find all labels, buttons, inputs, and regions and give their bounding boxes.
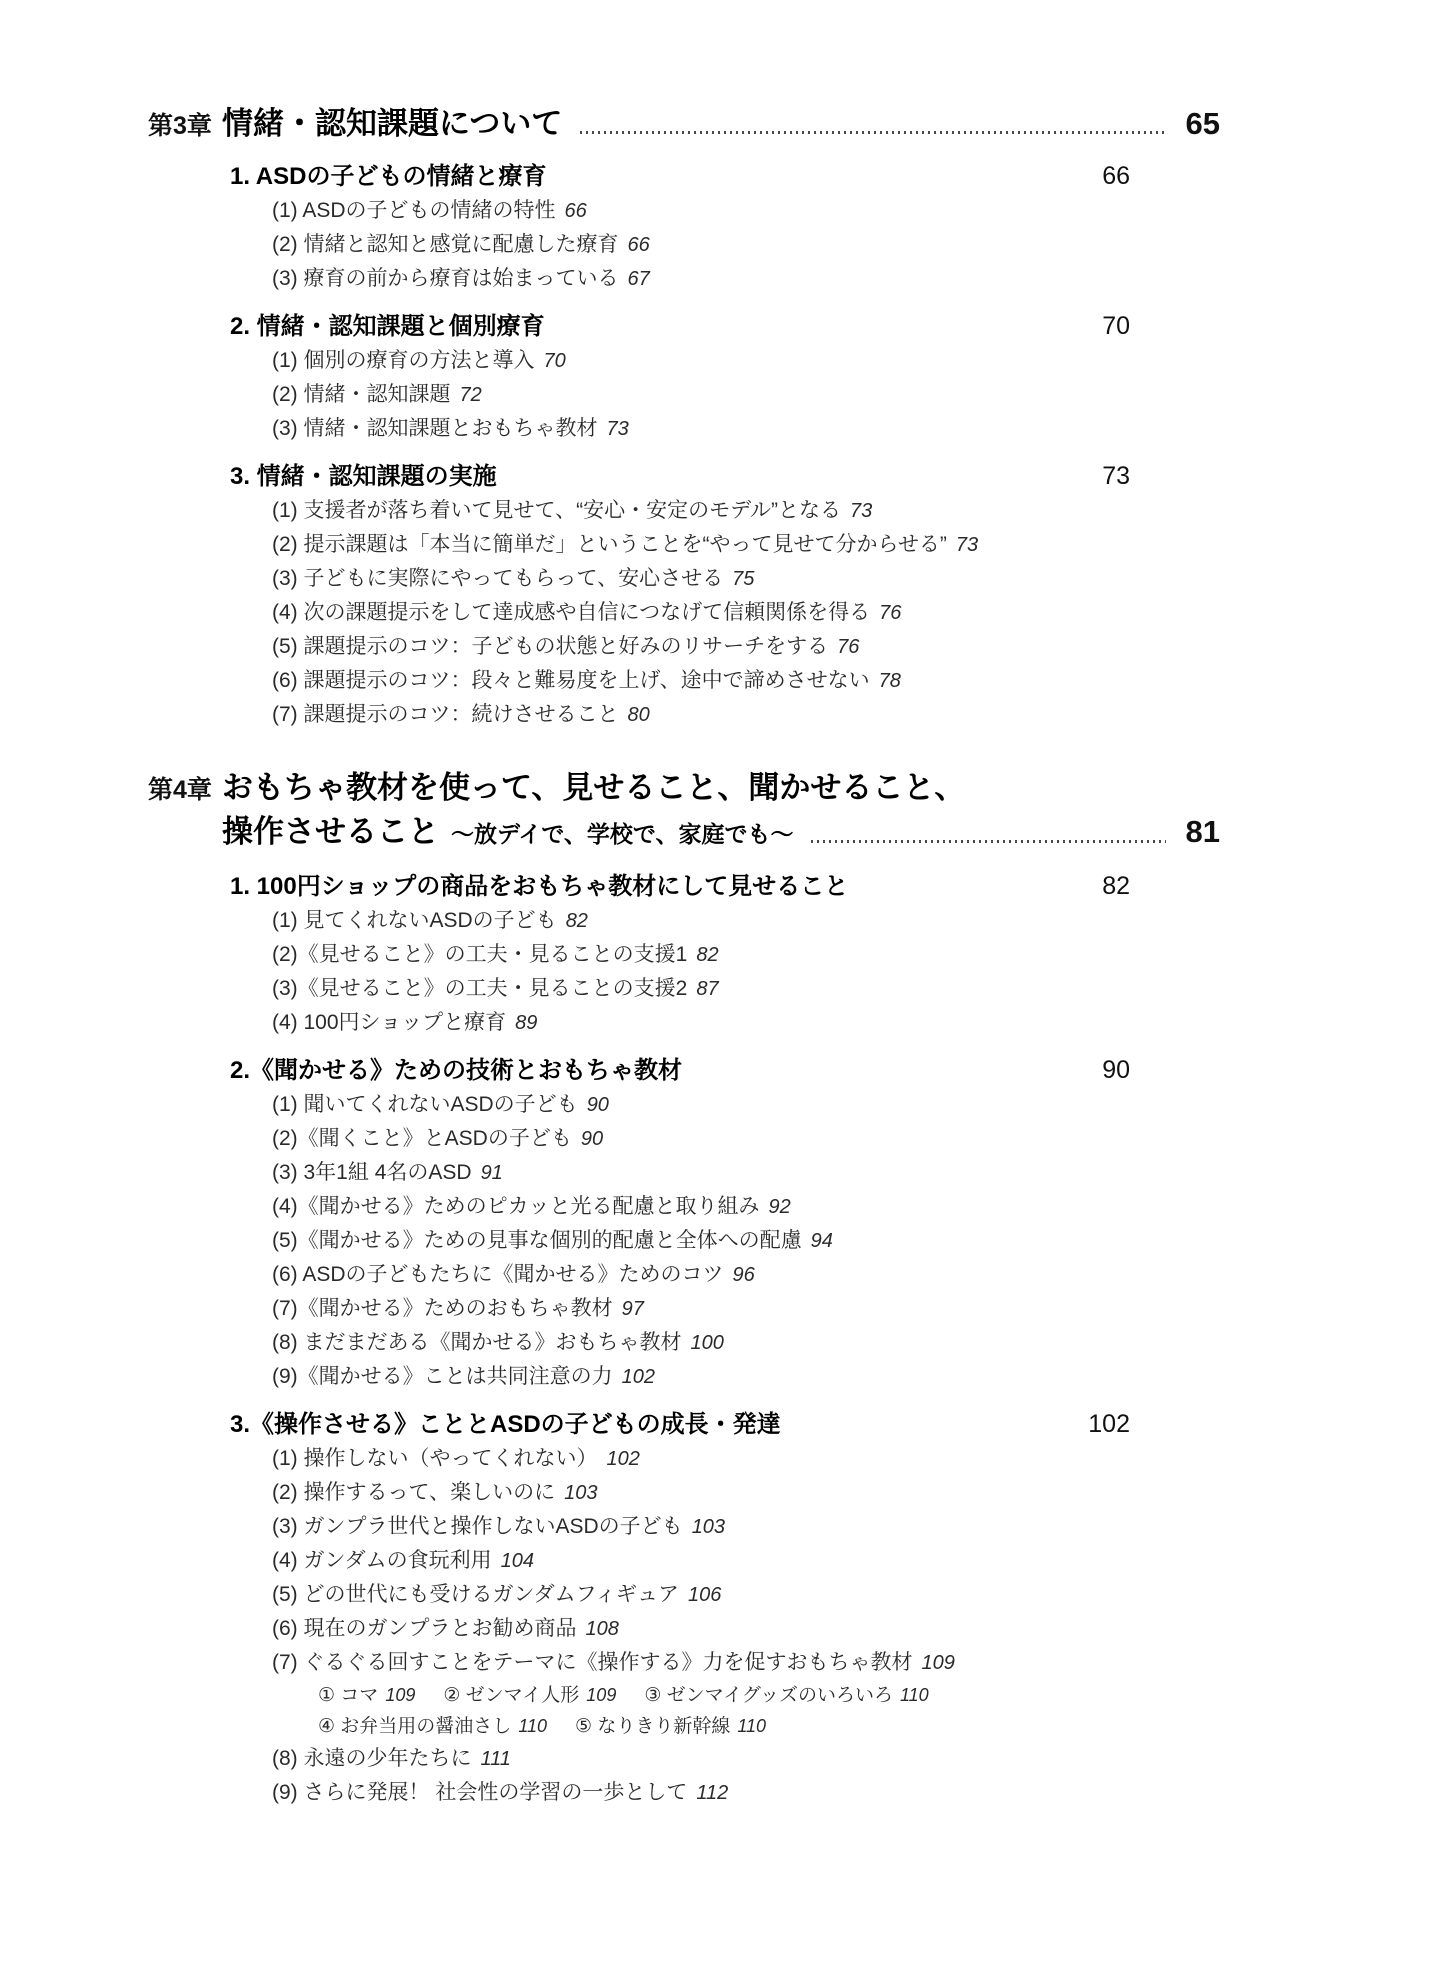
item-page-number: 91 — [481, 1162, 503, 1184]
chapter-title-column: おもちゃ教材を使って、見せること、聞かせること、操作させること～放デイで、学校で… — [222, 766, 1220, 856]
toc-subitem: ④ お弁当用の醤油さし110 — [318, 1716, 547, 1737]
item-page-number: 102 — [622, 1366, 655, 1388]
item-page-number: 100 — [691, 1332, 724, 1354]
item-page-number: 103 — [692, 1516, 725, 1538]
item-text: (3) 情緒・認知課題とおもちゃ教材 — [272, 417, 598, 440]
toc-section-header: 1. ASDの子どもの情緒と療育66 — [230, 159, 1130, 194]
toc-item: (7)《聞かせる》ためのおもちゃ教材97 — [272, 1292, 1220, 1326]
subitem-text: ① コマ — [318, 1685, 378, 1706]
toc-item: (6) 現在のガンプラとお勧め商品108 — [272, 1612, 1220, 1646]
chapter-title-column: 情緒・認知課題について65 — [222, 102, 1220, 146]
chapter-title: 操作させること — [222, 810, 439, 854]
toc-subitem: ⑤ なりきり新幹線110 — [575, 1716, 766, 1737]
chapter-heading-row: 第3章情緒・認知課題について65 — [148, 102, 1220, 146]
toc-item: (4) 次の課題提示をして達成感や自信につなげて信頼関係を得る76 — [272, 596, 1220, 630]
subitem-page-number: 110 — [518, 1716, 547, 1736]
item-text: (3) 3年1組 4名のASD — [272, 1161, 472, 1184]
toc-item: (3) 子どもに実際にやってもらって、安心させる75 — [272, 562, 1220, 596]
item-page-number: 70 — [544, 350, 566, 372]
toc-item: (9) さらに発展！ 社会性の学習の一歩として112 — [272, 1776, 1220, 1810]
toc-item: (1) 個別の療育の方法と導入70 — [272, 344, 1220, 378]
section-page-number: 90 — [1102, 1053, 1130, 1087]
toc-item: (9)《聞かせる》ことは共同注意の力102 — [272, 1360, 1220, 1394]
chapter-subtitle: ～放デイで、学校で、家庭でも～ — [451, 812, 793, 856]
leader-dots — [580, 131, 1165, 134]
toc-section-header: 3. 情緒・認知課題の実施73 — [230, 459, 1130, 494]
subitem-page-number: 109 — [586, 1685, 616, 1705]
toc-page: 第3章情緒・認知課題について651. ASDの子どもの情緒と療育66(1) AS… — [148, 102, 1220, 1844]
item-text: (5) 課題提示のコツ：子どもの状態と好みのリサーチをする — [272, 635, 828, 658]
toc-item: (7) ぐるぐる回すことをテーマに《操作する》力を促すおもちゃ教材109 — [272, 1646, 1220, 1680]
item-text: (6) 課題提示のコツ：段々と難易度を上げ、途中で諦めさせない — [272, 669, 870, 692]
toc-subitem: ② ゼンマイ人形109 — [443, 1685, 616, 1706]
subitem-text: ③ ゼンマイグッズのいろいろ — [644, 1685, 893, 1706]
item-page-number: 92 — [768, 1196, 790, 1218]
toc-item: (3) ガンプラ世代と操作しないASDの子ども103 — [272, 1510, 1220, 1544]
item-page-number: 73 — [607, 418, 629, 440]
item-page-number: 109 — [922, 1652, 955, 1674]
section-title: 2.《聞かせる》ための技術とおもちゃ教材 — [230, 1054, 682, 1088]
item-text: (5)《聞かせる》ための見事な個別的配慮と全体への配慮 — [272, 1229, 802, 1252]
item-page-number: 87 — [696, 978, 718, 1000]
toc-subitem: ③ ゼンマイグッズのいろいろ110 — [644, 1685, 928, 1706]
toc-item: (2)《見せること》の工夫・見ることの支援182 — [272, 938, 1220, 972]
item-page-number: 90 — [581, 1128, 603, 1150]
item-text: (1) 見てくれないASDの子ども — [272, 909, 557, 932]
toc-item: (1) 見てくれないASDの子ども82 — [272, 904, 1220, 938]
item-text: (1) ASDの子どもの情緒の特性 — [272, 199, 556, 222]
chapter-label: 第3章 — [148, 106, 222, 142]
toc-item: (1) 聞いてくれないASDの子ども90 — [272, 1088, 1220, 1122]
item-page-number: 82 — [566, 910, 588, 932]
toc-item: (3)《見せること》の工夫・見ることの支援287 — [272, 972, 1220, 1006]
subitem-text: ⑤ なりきり新幹線 — [575, 1716, 730, 1737]
subitem-text: ② ゼンマイ人形 — [443, 1685, 579, 1706]
toc-item: (2) 情緒と認知と感覚に配慮した療育66 — [272, 228, 1220, 262]
item-text: (1) 聞いてくれないASDの子ども — [272, 1093, 578, 1116]
item-page-number: 104 — [501, 1550, 534, 1572]
item-page-number: 67 — [628, 268, 650, 290]
item-text: (1) 支援者が落ち着いて見せて、“安心・安定のモデル”となる — [272, 499, 841, 522]
toc-subitem-line: ① コマ109② ゼンマイ人形109③ ゼンマイグッズのいろいろ110 — [318, 1680, 1220, 1711]
toc-chapter: 第4章おもちゃ教材を使って、見せること、聞かせること、操作させること～放デイで、… — [148, 766, 1220, 1810]
item-text: (8) 永遠の少年たちに — [272, 1747, 472, 1770]
item-text: (2) 提示課題は「本当に簡単だ」ということを“やって見せて分からせる” — [272, 533, 947, 556]
toc-section-header: 2.《聞かせる》ための技術とおもちゃ教材90 — [230, 1053, 1130, 1088]
chapter-title-line: 情緒・認知課題について65 — [222, 102, 1220, 146]
toc-item: (1) 支援者が落ち着いて見せて、“安心・安定のモデル”となる73 — [272, 494, 1220, 528]
item-text: (2) 操作するって、楽しいのに — [272, 1481, 555, 1504]
item-text: (1) 個別の療育の方法と導入 — [272, 349, 535, 372]
item-text: (9) さらに発展！ 社会性の学習の一歩として — [272, 1781, 687, 1804]
chapter-page-number: 65 — [1186, 102, 1220, 146]
section-title: 1. ASDの子どもの情緒と療育 — [230, 160, 546, 194]
item-page-number: 80 — [628, 704, 650, 726]
item-page-number: 102 — [607, 1448, 640, 1470]
item-text: (5) どの世代にも受けるガンダムフィギュア — [272, 1583, 679, 1606]
item-page-number: 89 — [515, 1012, 537, 1034]
item-text: (7) ぐるぐる回すことをテーマに《操作する》力を促すおもちゃ教材 — [272, 1651, 913, 1674]
item-text: (2) 情緒と認知と感覚に配慮した療育 — [272, 233, 619, 256]
item-page-number: 73 — [850, 500, 872, 522]
toc-subitem-line: ④ お弁当用の醤油さし110⑤ なりきり新幹線110 — [318, 1711, 1220, 1742]
item-page-number: 108 — [586, 1618, 619, 1640]
section-title: 2. 情緒・認知課題と個別療育 — [230, 310, 545, 344]
toc-item: (3) 情緒・認知課題とおもちゃ教材73 — [272, 412, 1220, 446]
section-page-number: 70 — [1102, 309, 1130, 343]
item-text: (7)《聞かせる》ためのおもちゃ教材 — [272, 1297, 613, 1320]
toc-item: (1) 操作しない（やってくれない）102 — [272, 1442, 1220, 1476]
toc-item: (4) ガンダムの食玩利用104 — [272, 1544, 1220, 1578]
chapter-title: おもちゃ教材を使って、見せること、聞かせること、 — [222, 766, 965, 810]
item-text: (4)《聞かせる》ためのピカッと光る配慮と取り組み — [272, 1195, 759, 1218]
item-text: (4) 次の課題提示をして達成感や自信につなげて信頼関係を得る — [272, 601, 870, 624]
item-page-number: 82 — [696, 944, 718, 966]
item-page-number: 72 — [460, 384, 482, 406]
chapter-heading-row: 第4章おもちゃ教材を使って、見せること、聞かせること、操作させること～放デイで、… — [148, 766, 1220, 856]
subitem-page-number: 109 — [385, 1685, 415, 1705]
item-text: (1) 操作しない（やってくれない） — [272, 1447, 598, 1470]
toc-item: (8) 永遠の少年たちに111 — [272, 1742, 1220, 1776]
item-text: (7) 課題提示のコツ：続けさせること — [272, 703, 619, 726]
item-text: (2)《聞くこと》とASDの子ども — [272, 1127, 572, 1150]
item-page-number: 96 — [733, 1264, 755, 1286]
item-page-number: 111 — [481, 1748, 511, 1770]
item-page-number: 75 — [732, 568, 754, 590]
subitem-text: ④ お弁当用の醤油さし — [318, 1716, 511, 1737]
item-text: (3)《見せること》の工夫・見ることの支援2 — [272, 977, 687, 1000]
toc-section-header: 3.《操作させる》こととASDの子どもの成長・発達102 — [230, 1407, 1130, 1442]
item-text: (3) 子どもに実際にやってもらって、安心させる — [272, 567, 723, 590]
item-page-number: 106 — [688, 1584, 721, 1606]
item-text: (6) 現在のガンプラとお勧め商品 — [272, 1617, 577, 1640]
toc-item: (1) ASDの子どもの情緒の特性66 — [272, 194, 1220, 228]
toc-item: (3) 療育の前から療育は始まっている67 — [272, 262, 1220, 296]
item-text: (4) 100円ショップと療育 — [272, 1011, 506, 1034]
item-text: (6) ASDの子どもたちに《聞かせる》ためのコツ — [272, 1263, 724, 1286]
item-page-number: 97 — [622, 1298, 644, 1320]
toc-section-header: 2. 情緒・認知課題と個別療育70 — [230, 309, 1130, 344]
chapter-title: 情緒・認知課題について — [222, 102, 562, 146]
toc-item: (2) 操作するって、楽しいのに103 — [272, 1476, 1220, 1510]
toc-item: (5) 課題提示のコツ：子どもの状態と好みのリサーチをする76 — [272, 630, 1220, 664]
toc-item: (5)《聞かせる》ための見事な個別的配慮と全体への配慮94 — [272, 1224, 1220, 1258]
item-page-number: 90 — [587, 1094, 609, 1116]
toc-item: (4) 100円ショップと療育89 — [272, 1006, 1220, 1040]
toc-item: (4)《聞かせる》ためのピカッと光る配慮と取り組み92 — [272, 1190, 1220, 1224]
chapter-label: 第4章 — [148, 770, 222, 806]
toc-item: (8) まだまだある《聞かせる》おもちゃ教材100 — [272, 1326, 1220, 1360]
item-page-number: 94 — [811, 1230, 833, 1252]
item-text: (9)《聞かせる》ことは共同注意の力 — [272, 1365, 613, 1388]
item-page-number: 66 — [628, 234, 650, 256]
section-title: 3.《操作させる》こととASDの子どもの成長・発達 — [230, 1408, 781, 1442]
toc-item: (7) 課題提示のコツ：続けさせること80 — [272, 698, 1220, 732]
toc-item: (2) 提示課題は「本当に簡単だ」ということを“やって見せて分からせる”73 — [272, 528, 1220, 562]
section-title: 3. 情緒・認知課題の実施 — [230, 460, 497, 494]
chapter-page-number: 81 — [1186, 810, 1220, 854]
item-page-number: 76 — [837, 636, 859, 658]
item-page-number: 76 — [879, 602, 901, 624]
section-title: 1. 100円ショップの商品をおもちゃ教材にして見せること — [230, 870, 848, 904]
item-text: (3) ガンプラ世代と操作しないASDの子ども — [272, 1515, 683, 1538]
chapter-title-line: おもちゃ教材を使って、見せること、聞かせること、 — [222, 766, 1220, 810]
item-page-number: 78 — [879, 670, 901, 692]
section-page-number: 73 — [1102, 459, 1130, 493]
item-text: (2)《見せること》の工夫・見ることの支援1 — [272, 943, 687, 966]
toc-item: (3) 3年1組 4名のASD91 — [272, 1156, 1220, 1190]
item-page-number: 66 — [565, 200, 587, 222]
item-text: (8) まだまだある《聞かせる》おもちゃ教材 — [272, 1331, 682, 1354]
chapter-title-line: 操作させること～放デイで、学校で、家庭でも～81 — [222, 810, 1220, 856]
toc-item: (5) どの世代にも受けるガンダムフィギュア106 — [272, 1578, 1220, 1612]
toc-section-header: 1. 100円ショップの商品をおもちゃ教材にして見せること82 — [230, 869, 1130, 904]
item-page-number: 112 — [696, 1782, 728, 1804]
toc-item: (6) ASDの子どもたちに《聞かせる》ためのコツ96 — [272, 1258, 1220, 1292]
item-page-number: 103 — [564, 1482, 597, 1504]
toc-chapter: 第3章情緒・認知課題について651. ASDの子どもの情緒と療育66(1) AS… — [148, 102, 1220, 732]
section-page-number: 66 — [1102, 159, 1130, 193]
leader-dots — [811, 840, 1165, 843]
subitem-page-number: 110 — [900, 1685, 929, 1705]
toc-item: (6) 課題提示のコツ：段々と難易度を上げ、途中で諦めさせない78 — [272, 664, 1220, 698]
item-page-number: 73 — [956, 534, 978, 556]
subitem-page-number: 110 — [737, 1716, 766, 1736]
item-text: (2) 情緒・認知課題 — [272, 383, 451, 406]
toc-item: (2)《聞くこと》とASDの子ども90 — [272, 1122, 1220, 1156]
item-text: (4) ガンダムの食玩利用 — [272, 1549, 492, 1572]
item-text: (3) 療育の前から療育は始まっている — [272, 267, 619, 290]
section-page-number: 82 — [1102, 869, 1130, 903]
toc-subitem: ① コマ109 — [318, 1685, 415, 1706]
section-page-number: 102 — [1088, 1407, 1130, 1441]
toc-item: (2) 情緒・認知課題72 — [272, 378, 1220, 412]
